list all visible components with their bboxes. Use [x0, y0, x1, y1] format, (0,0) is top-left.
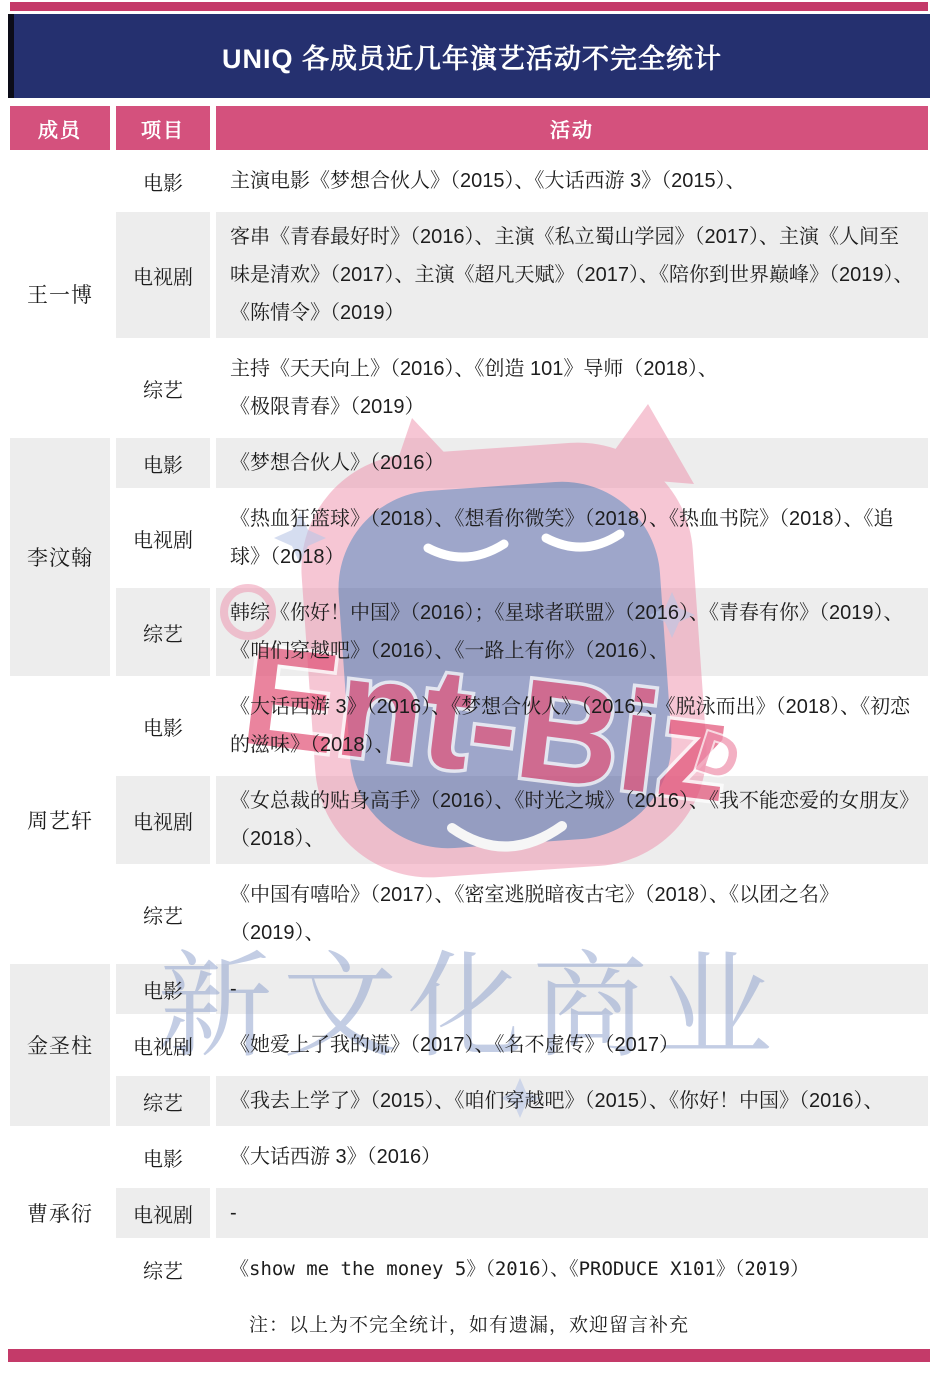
- top-accent-strip: [10, 2, 928, 11]
- activity-cell: 主演电影《梦想合伙人》（2015）、《大话西游 3》（2015）、: [216, 156, 928, 206]
- member-group: 李汶翰 电影 《梦想合伙人》（2016） 电视剧 《热血狂篮球》（2018）、《…: [10, 438, 928, 676]
- category-cell: 电视剧: [116, 494, 210, 582]
- activity-cell: 《大话西游 3》（2016）、《梦想合伙人》（2016）、《脱泳而出》（2018…: [216, 682, 928, 770]
- member-name-cell: 金圣柱: [10, 964, 110, 1126]
- activity-cell: 主持《天天向上》（2016）、《创造 101》导师（2018）、 《极限青春》（…: [216, 344, 928, 432]
- activity-cell: -: [216, 1188, 928, 1238]
- category-cell: 电影: [116, 964, 210, 1014]
- category-cell: 电影: [116, 1132, 210, 1182]
- header-cell-member: 成员: [10, 106, 110, 150]
- category-cell: 综艺: [116, 870, 210, 958]
- category-cell: 电视剧: [116, 1188, 210, 1238]
- header-cell-activity: 活动: [216, 106, 928, 150]
- member-group: 曹承衍 电影 《大话西游 3》（2016） 电视剧 - 综艺 《show me …: [10, 1132, 928, 1294]
- category-cell: 综艺: [116, 344, 210, 432]
- activity-table: 成员 项目 活动 王一博 电影 主演电影《梦想合伙人》（2015）、《大话西游 …: [10, 106, 928, 1294]
- activity-cell: 《女总裁的贴身高手》（2016）、《时光之城》（2016）、《我不能恋爱的女朋友…: [216, 776, 928, 864]
- activity-cell: 《中国有嘻哈》（2017）、《密室逃脱暗夜古宅》（2018）、《以团之名》（20…: [216, 870, 928, 958]
- footnote: 注：以上为不完全统计，如有遗漏，欢迎留言补充: [0, 1310, 938, 1337]
- category-cell: 电影: [116, 682, 210, 770]
- bottom-accent-strip: [8, 1349, 930, 1362]
- activity-cell: 《我去上学了》（2015）、《咱们穿越吧》（2015）、《你好！中国》（2016…: [216, 1076, 928, 1126]
- activity-cell: 《梦想合伙人》（2016）: [216, 438, 928, 488]
- title-bar: UNIQ 各成员近几年演艺活动不完全统计: [8, 14, 930, 98]
- category-cell: 综艺: [116, 588, 210, 676]
- member-name-cell: 曹承衍: [10, 1132, 110, 1294]
- page-title: UNIQ 各成员近几年演艺活动不完全统计: [222, 37, 722, 76]
- category-cell: 综艺: [116, 1244, 210, 1294]
- header-cell-category: 项目: [116, 106, 210, 150]
- category-cell: 电视剧: [116, 212, 210, 338]
- member-name-cell: 李汶翰: [10, 438, 110, 676]
- activity-cell: 《热血狂篮球》（2018）、《想看你微笑》（2018）、《热血书院》（2018）…: [216, 494, 928, 582]
- category-cell: 电影: [116, 156, 210, 206]
- member-group: 王一博 电影 主演电影《梦想合伙人》（2015）、《大话西游 3》（2015）、…: [10, 156, 928, 432]
- activity-cell: 客串《青春最好时》（2016）、主演《私立蜀山学园》（2017）、主演《人间至味…: [216, 212, 928, 338]
- activity-cell: 《大话西游 3》（2016）: [216, 1132, 928, 1182]
- activity-cell: -: [216, 964, 928, 1014]
- member-group: 金圣柱 电影 - 电视剧 《她爱上了我的谎》（2017）、《名不虚传》（2017…: [10, 964, 928, 1126]
- activity-cell: 韩综《你好！中国》（2016）；《星球者联盟》（2016）、《青春有你》（201…: [216, 588, 928, 676]
- activity-cell: 《她爱上了我的谎》（2017）、《名不虚传》（2017）: [216, 1020, 928, 1070]
- category-cell: 电视剧: [116, 776, 210, 864]
- activity-cell: 《show me the money 5》（2016）、《PRODUCE X10…: [216, 1244, 928, 1294]
- member-name-cell: 周艺轩: [10, 682, 110, 958]
- table-header-row: 成员 项目 活动: [10, 106, 928, 150]
- category-cell: 电影: [116, 438, 210, 488]
- member-name-cell: 王一博: [10, 156, 110, 432]
- category-cell: 电视剧: [116, 1020, 210, 1070]
- member-group: 周艺轩 电影 《大话西游 3》（2016）、《梦想合伙人》（2016）、《脱泳而…: [10, 682, 928, 958]
- category-cell: 综艺: [116, 1076, 210, 1126]
